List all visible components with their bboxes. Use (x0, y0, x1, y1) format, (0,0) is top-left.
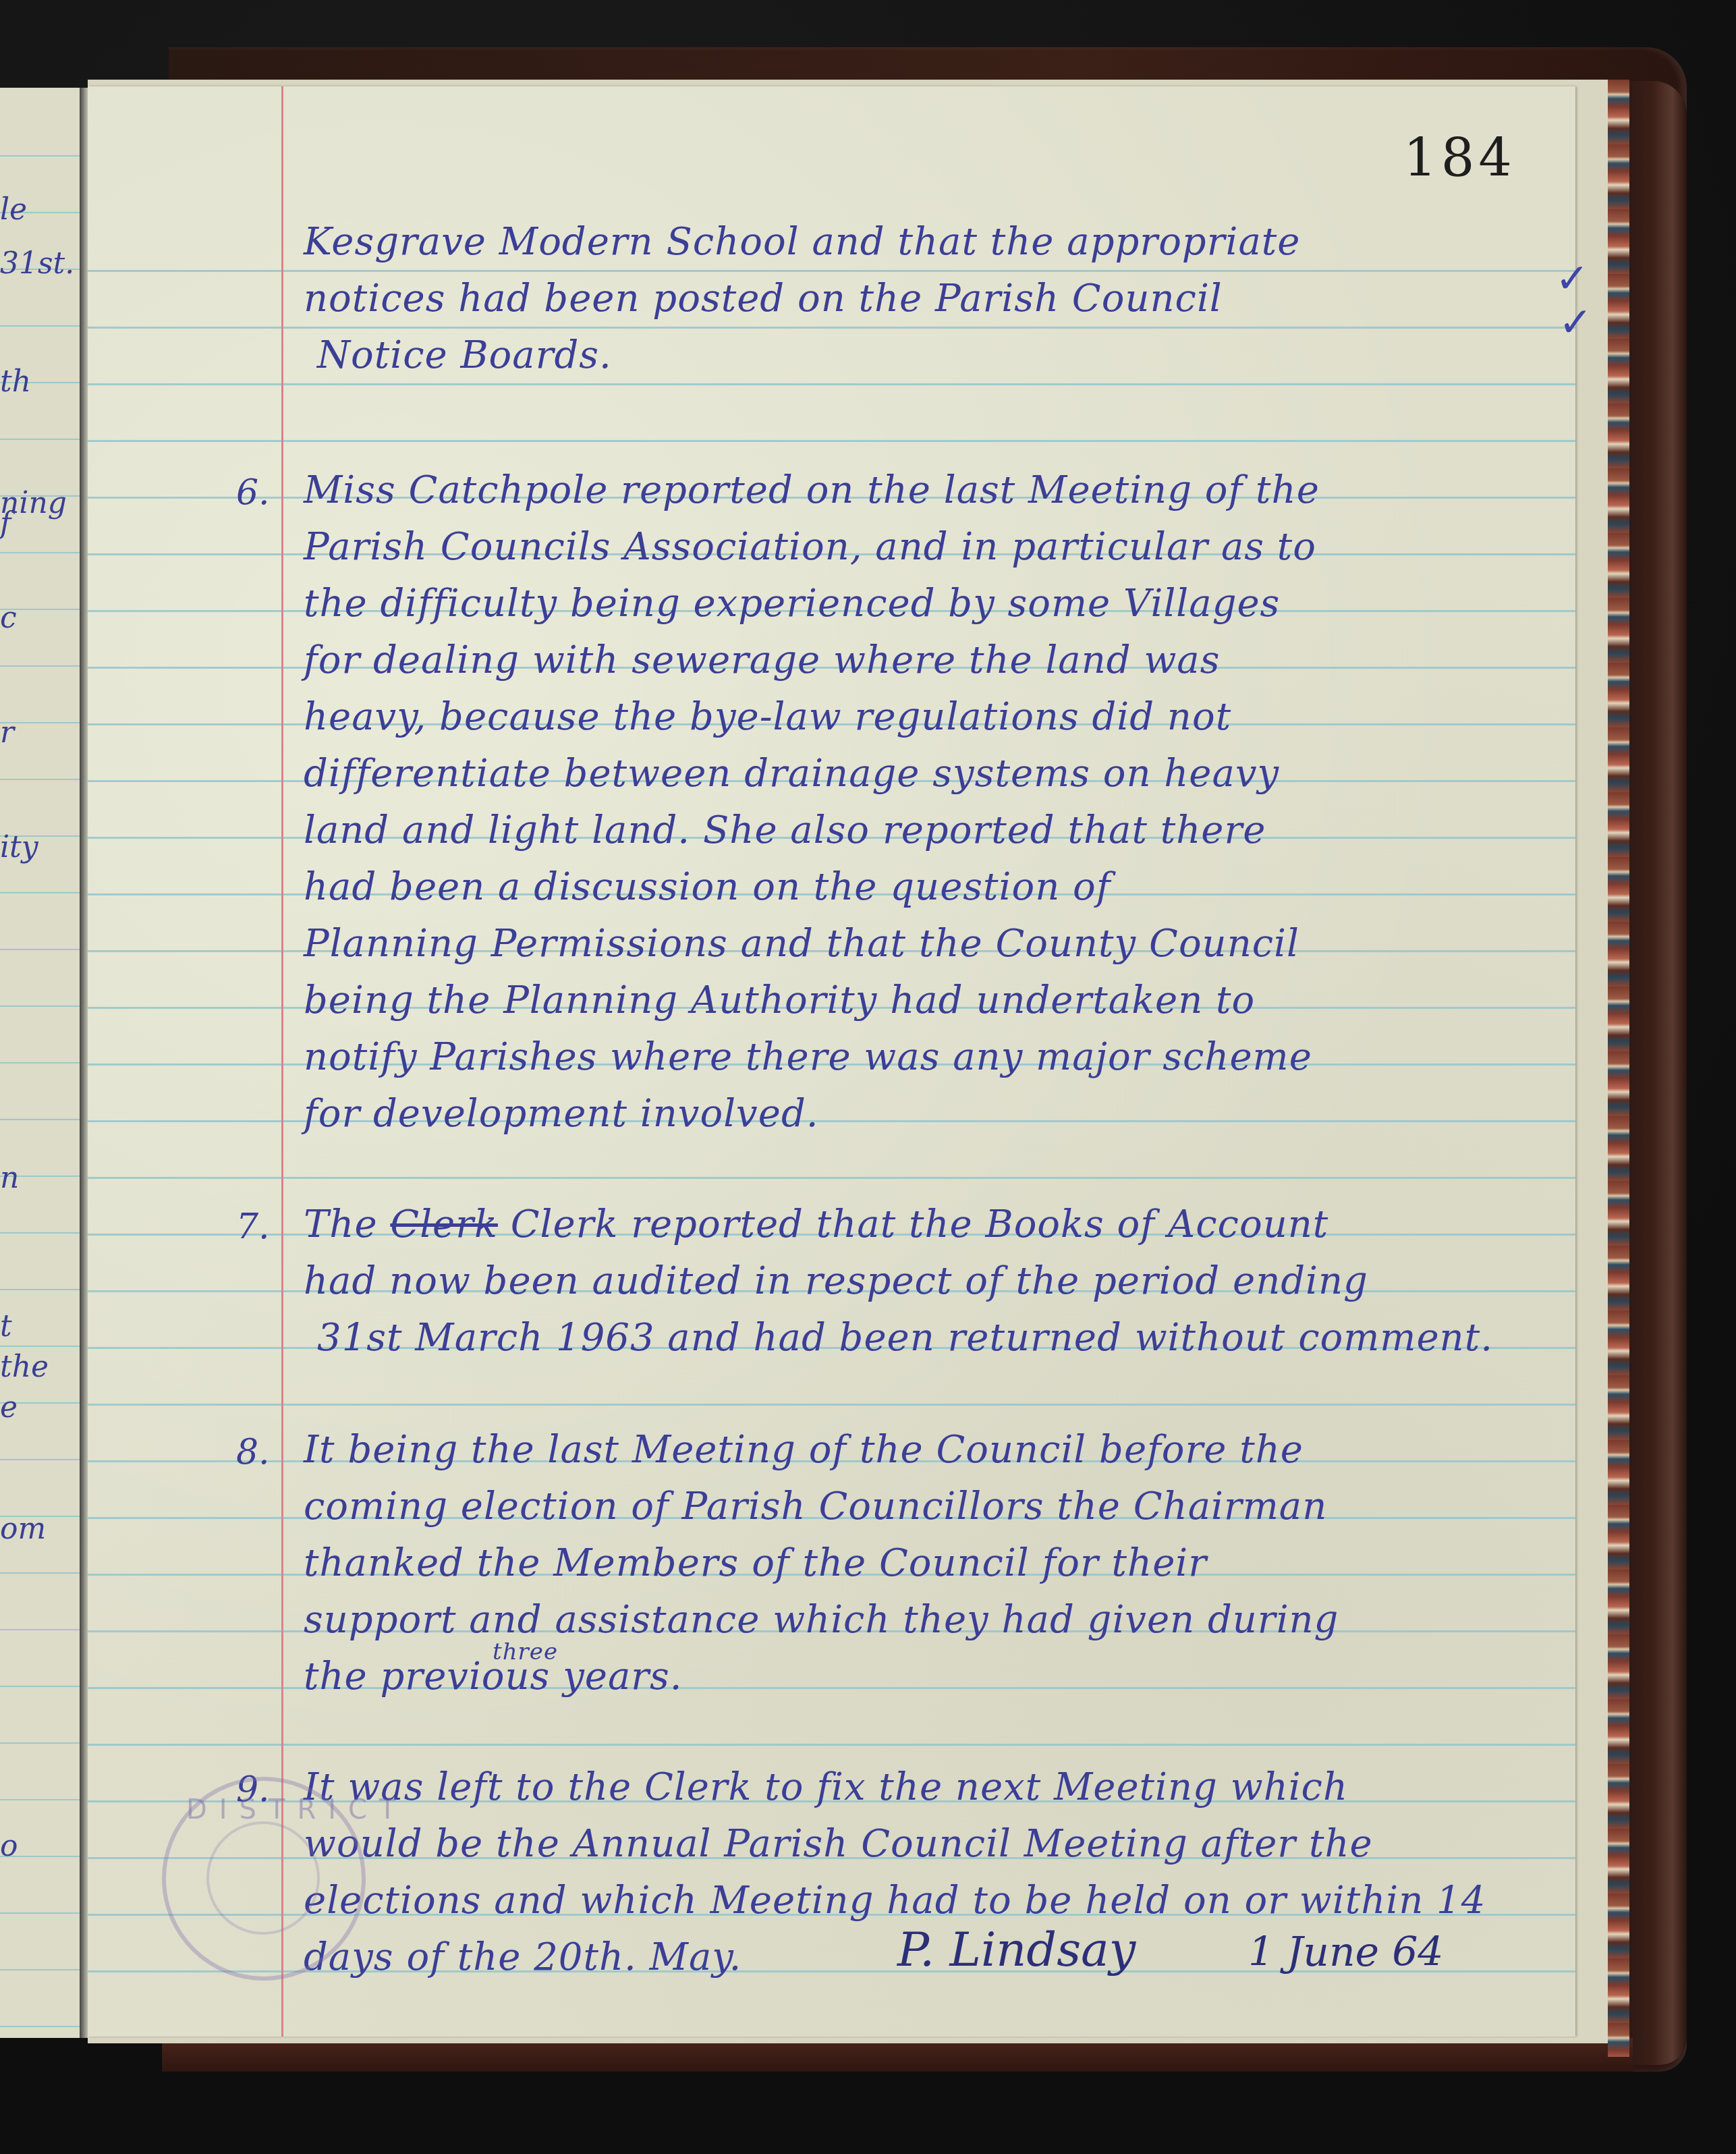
text-fragment: The (304, 1203, 390, 1246)
left-page-text-fragment: o (0, 1829, 18, 1863)
left-page-text-fragment: 31st. (0, 246, 74, 281)
ruled-line (88, 327, 1575, 329)
left-page-text-fragment: ity (0, 830, 38, 864)
inserted-word: three (493, 1638, 1736, 1665)
text-line: It being the last Meeting of the Council… (304, 1428, 1304, 1472)
text-line: elections and which Meeting had to be he… (304, 1879, 1486, 1923)
item-number: 8. (236, 1432, 270, 1472)
ruled-line (0, 1912, 82, 1914)
left-page-text-fragment: the (0, 1350, 49, 1384)
check-mark-icon: ✓ (1555, 255, 1589, 302)
right-page: 184 ✓ ✓ Kesgrave Modern School and that … (88, 86, 1575, 2037)
page-number: 184 (1403, 128, 1516, 189)
ruled-line (0, 665, 82, 667)
item-number: 7. (236, 1207, 270, 1247)
left-page-text-fragment: t (0, 1309, 12, 1344)
text-line: for development involved. (304, 1092, 819, 1136)
ruled-line (0, 325, 82, 327)
ruled-line (88, 1177, 1575, 1179)
text-line: being the Planning Authority had underta… (304, 978, 1255, 1022)
ruled-line (0, 892, 82, 893)
text-fragment: Clerk reported that the Books of Account (498, 1203, 1328, 1246)
text-line: Parish Councils Association, and in part… (304, 525, 1316, 569)
ruled-line (0, 1119, 82, 1120)
stamp-inner-ring (206, 1821, 320, 1935)
text-line: notify Parishes where there was any majo… (304, 1035, 1312, 1079)
ruled-line (0, 1459, 82, 1460)
ruled-line (0, 1062, 82, 1064)
ruled-line (88, 440, 1575, 442)
ruled-line (88, 270, 1575, 272)
ruled-line (0, 1232, 82, 1234)
text-line: had been a discussion on the question of (304, 865, 1111, 909)
check-mark-icon: ✓ (1559, 299, 1592, 346)
ruled-line (0, 1799, 82, 1800)
ruled-line (0, 1572, 82, 1574)
ruled-line (0, 1289, 82, 1290)
ruled-line (0, 2026, 82, 2027)
struck-out-word: Clerk (390, 1203, 498, 1246)
chairman-signature: P. Lindsay (897, 1922, 1136, 1977)
text-line: Kesgrave Modern School and that the appr… (304, 220, 1300, 264)
text-line: heavy, because the bye-law regulations d… (304, 695, 1231, 739)
ruled-line (0, 1742, 82, 1744)
library-stamp: DISTRICT (162, 1777, 366, 1981)
ruled-line (0, 1969, 82, 1970)
ruled-line (88, 383, 1575, 385)
text-line: Miss Catchpole reported on the last Meet… (304, 468, 1320, 512)
text-line: notices had been posted on the Parish Co… (304, 277, 1223, 321)
text-line: for dealing with sewerage where the land… (304, 638, 1220, 682)
ruled-line (0, 439, 82, 440)
ruled-line (0, 1005, 82, 1007)
text-line: coming election of Parish Councillors th… (304, 1485, 1327, 1528)
ruled-line (0, 779, 82, 780)
left-page-text-fragment: n (0, 1161, 19, 1195)
ruled-line (0, 1629, 82, 1630)
left-page-text-fragment: e (0, 1390, 18, 1425)
left-page: le31st.thningfcritynttheeomo (0, 88, 84, 2038)
text-line: land and light land. She also reported t… (304, 808, 1266, 852)
minute-item-8: 8. It being the last Meeting of the Coun… (88, 86, 1575, 113)
text-line: days of the 20th. May. (304, 1935, 741, 1979)
item-number: 6. (236, 472, 270, 513)
text-line: had now been audited in respect of the p… (304, 1259, 1368, 1303)
left-page-text-fragment: le (0, 192, 27, 227)
text-line: Notice Boards. (317, 333, 612, 377)
text-line: Planning Permissions and that the County… (304, 922, 1299, 966)
marbled-page-edge (1608, 80, 1629, 2057)
text-line: 31st March 1963 and had been returned wi… (317, 1316, 1493, 1360)
text-line: It was left to the Clerk to fix the next… (304, 1765, 1348, 1809)
ruled-line (88, 1744, 1575, 1746)
text-line: would be the Annual Parish Council Meeti… (304, 1822, 1373, 1866)
left-page-text-fragment: f (0, 506, 11, 541)
left-page-text-fragment: c (0, 601, 17, 635)
text-line: the difficulty being experienced by some… (304, 582, 1280, 626)
text-line: thanked the Members of the Council for t… (304, 1541, 1207, 1585)
ruled-line (0, 552, 82, 553)
ruled-line (0, 155, 82, 157)
text-line: support and assistance which they had gi… (304, 1598, 1339, 1642)
left-page-text-fragment: om (0, 1512, 46, 1546)
ruled-line (0, 1686, 82, 1687)
left-page-text-fragment: th (0, 364, 31, 399)
ruled-line (0, 949, 82, 950)
signature-date: 1 June 64 (1248, 1929, 1444, 1976)
margin-line (281, 86, 283, 2037)
left-page-text-fragment: r (0, 715, 14, 750)
stamp-text: DISTRICT (186, 1794, 408, 1825)
cover-spine-edge (1629, 81, 1687, 2065)
text-line: The Clerk Clerk reported that the Books … (304, 1203, 1328, 1246)
ruled-line (88, 1404, 1575, 1406)
text-line: differentiate between drainage systems o… (304, 752, 1279, 796)
ruled-line (0, 1346, 82, 1347)
